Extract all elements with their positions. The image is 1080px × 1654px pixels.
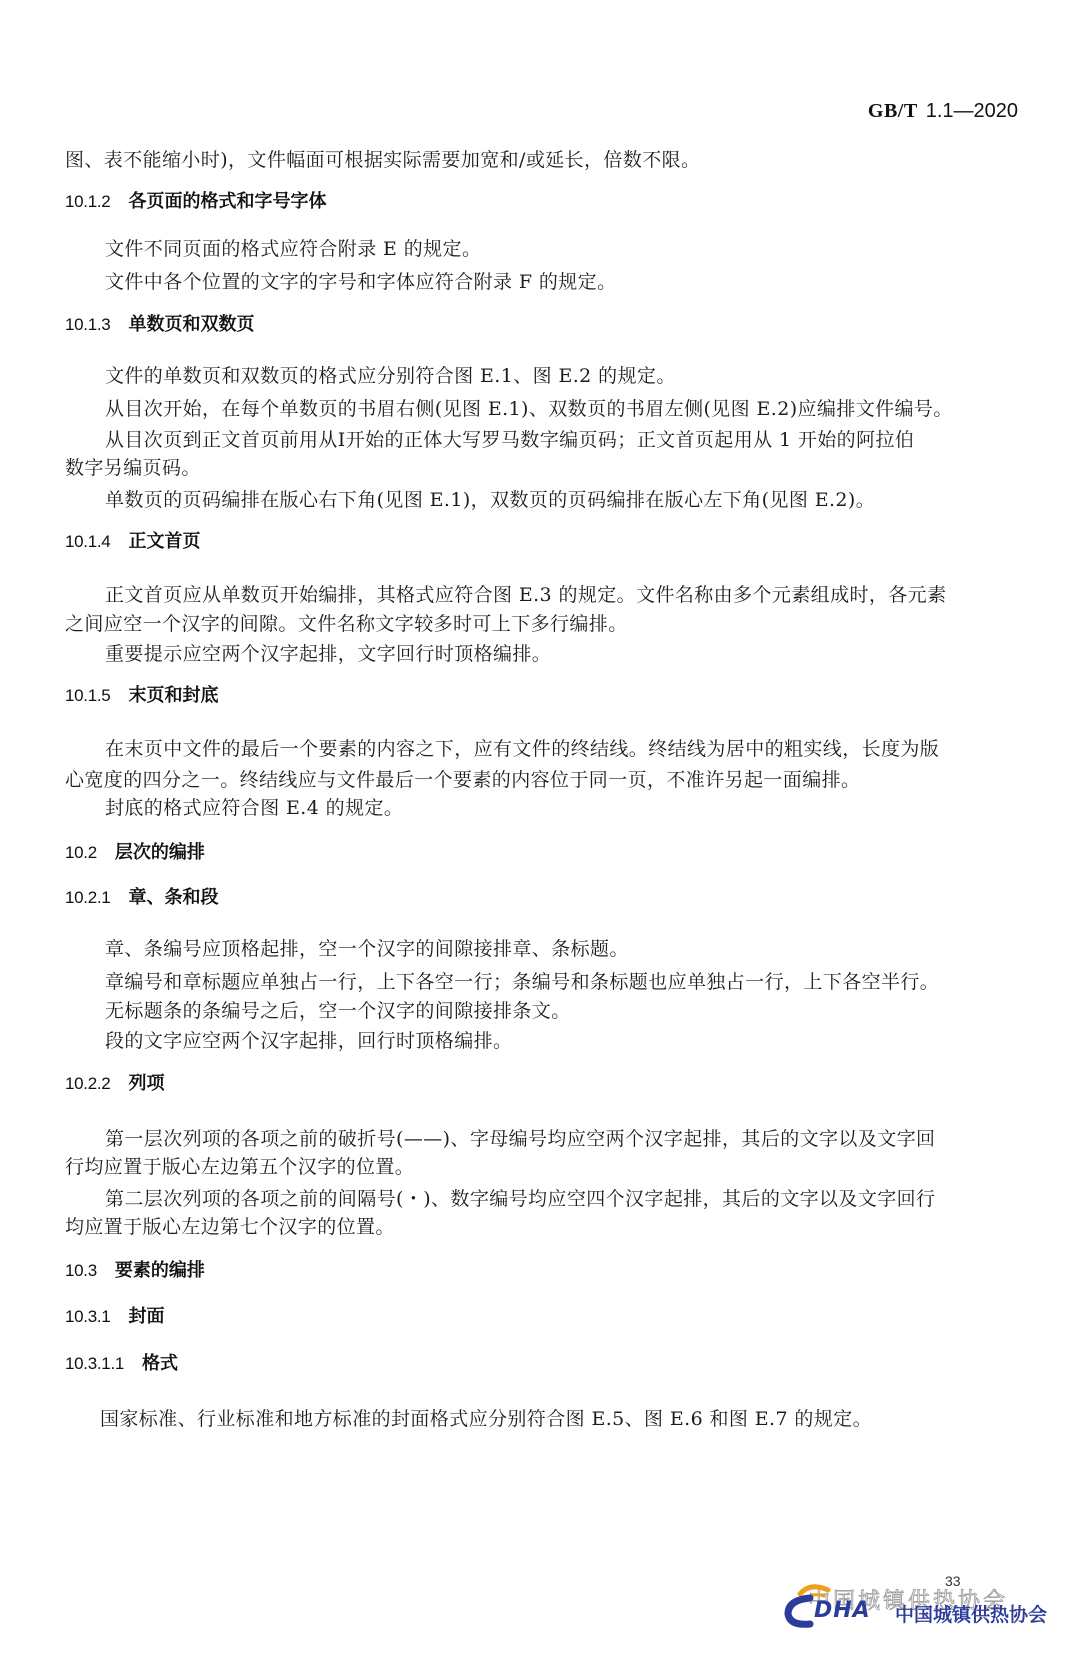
paragraph-line: 第二层次列项的各项之前的间隔号(・)、数字编号均应空四个汉字起排，其后的文字以及…	[105, 1187, 935, 1211]
paragraph-line: 之间应空一个汉字的间隙。文件名称文字较多时可上下多行编排。	[65, 612, 628, 636]
section-heading: 10.1.2各页面的格式和字号字体	[65, 190, 326, 214]
section-title: 单数页和双数页	[128, 314, 254, 335]
section-number: 10.1.2	[65, 192, 110, 211]
section-heading: 10.1.3单数页和双数页	[65, 313, 254, 337]
section-heading: 10.1.4正文首页	[65, 530, 200, 554]
section-heading: 10.3.1.1格式	[65, 1352, 178, 1376]
section-heading: 10.1.5末页和封底	[65, 684, 218, 708]
standard-number: 1.1—2020	[926, 100, 1018, 122]
section-heading: 10.2.1章、条和段	[65, 886, 218, 910]
paragraph-line: 段的文字应空两个汉字起排，回行时顶格编排。	[105, 1029, 512, 1053]
logo-org-name: 中国城镇供热协会	[895, 1600, 1047, 1627]
section-title: 末页和封底	[128, 685, 218, 706]
paragraph-line: 章、条编号应顶格起排，空一个汉字的间隙接排章、条标题。	[105, 937, 629, 961]
paragraph-line: 在末页中文件的最后一个要素的内容之下，应有文件的终结线。终结线为居中的粗实线，长…	[105, 737, 939, 761]
section-title: 层次的编排	[115, 842, 205, 863]
section-title: 章、条和段	[128, 887, 218, 908]
paragraph-line: 正文首页应从单数页开始编排，其格式应符合图 E.3 的规定。文件名称由多个元素组…	[105, 583, 946, 607]
section-number: 10.3	[65, 1261, 97, 1280]
section-heading: 10.2层次的编排	[65, 841, 205, 865]
paragraph-line: 第一层次列项的各项之前的破折号(——)、字母编号均应空两个汉字起排，其后的文字以…	[105, 1127, 935, 1151]
section-title: 格式	[142, 1353, 178, 1374]
section-number: 10.2.2	[65, 1074, 110, 1093]
logo-letters: DHA	[814, 1598, 871, 1623]
section-title: 要素的编排	[115, 1260, 205, 1281]
section-number: 10.3.1.1	[65, 1354, 124, 1373]
standard-code: GB/T	[868, 100, 918, 122]
section-number: 10.3.1	[65, 1307, 110, 1326]
paragraph-line: 无标题条的条编号之后，空一个汉字的间隙接排条文。	[105, 999, 571, 1023]
paragraph-line: 从目次页到正文首页前用从Ⅰ开始的正体大写罗马数字编页码；正文首页起用从 1 开始…	[105, 428, 914, 452]
paragraph-line: 单数页的页码编排在版心右下角(见图 E.1)，双数页的页码编排在版心左下角(见图…	[105, 488, 875, 512]
document-page: GB/T1.1—2020 图、表不能缩小时)，文件幅面可根据实际需要加宽和/或延…	[0, 0, 1080, 1654]
standard-header: GB/T1.1—2020	[868, 100, 1018, 123]
paragraph-line: 均应置于版心左边第七个汉字的位置。	[65, 1215, 395, 1239]
section-title: 各页面的格式和字号字体	[128, 191, 326, 212]
paragraph-line: 图、表不能缩小时)，文件幅面可根据实际需要加宽和/或延长，倍数不限。	[65, 148, 700, 172]
paragraph-line: 国家标准、行业标准和地方标准的封面格式应分别符合图 E.5、图 E.6 和图 E…	[100, 1407, 872, 1431]
paragraph-line: 文件的单数页和双数页的格式应分别符合图 E.1、图 E.2 的规定。	[105, 364, 676, 388]
section-title: 正文首页	[128, 531, 200, 552]
section-number: 10.1.4	[65, 532, 110, 551]
paragraph-line: 行均应置于版心左边第五个汉字的位置。	[65, 1155, 414, 1179]
paragraph-line: 文件不同页面的格式应符合附录 E 的规定。	[105, 237, 481, 261]
paragraph-line: 文件中各个位置的文字的字号和字体应符合附录 F 的规定。	[105, 270, 616, 294]
section-title: 封面	[128, 1306, 164, 1327]
section-number: 10.1.5	[65, 686, 110, 705]
section-number: 10.2	[65, 843, 97, 862]
paragraph-line: 从目次开始，在每个单数页的书眉右侧(见图 E.1)、双数页的书眉左侧(见图 E.…	[105, 397, 953, 421]
paragraph-line: 章编号和章标题应单独占一行，上下各空一行；条编号和条标题也应单独占一行，上下各空…	[105, 970, 939, 994]
watermark-logo: 中国城镇供热协会 DHA 中国城镇供热协会	[770, 1584, 1070, 1634]
section-number: 10.2.1	[65, 888, 110, 907]
paragraph-line: 封底的格式应符合图 E.4 的规定。	[105, 796, 403, 820]
section-title: 列项	[128, 1073, 164, 1094]
section-heading: 10.3.1封面	[65, 1305, 164, 1329]
section-number: 10.1.3	[65, 315, 110, 334]
paragraph-line: 重要提示应空两个汉字起排，文字回行时顶格编排。	[105, 642, 551, 666]
section-heading: 10.2.2列项	[65, 1072, 164, 1096]
paragraph-line: 心宽度的四分之一。终结线应与文件最后一个要素的内容位于同一页，不准许另起一面编排…	[65, 768, 860, 792]
section-heading: 10.3要素的编排	[65, 1259, 205, 1283]
paragraph-line: 数字另编页码。	[65, 456, 201, 480]
